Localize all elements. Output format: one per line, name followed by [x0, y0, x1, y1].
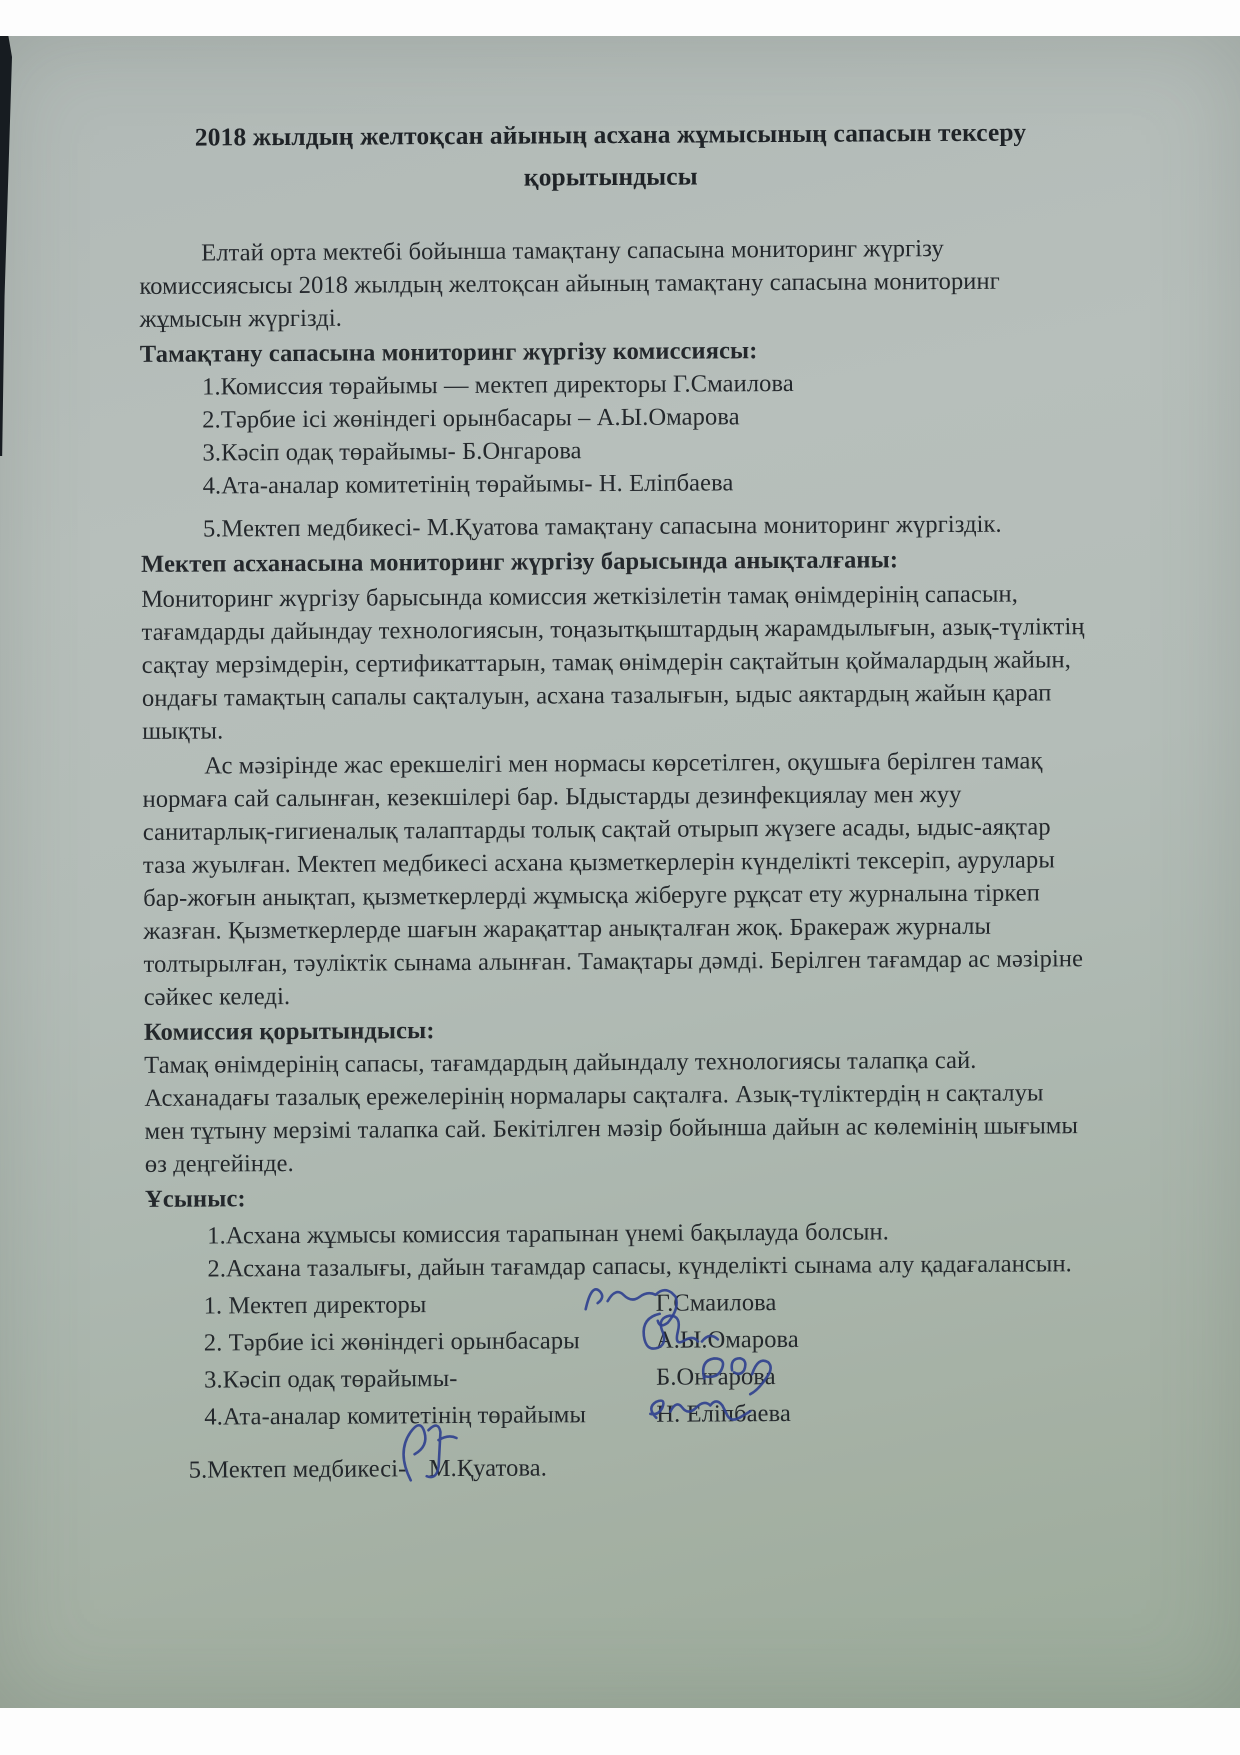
signature-name: Б.Онгарова — [656, 1360, 746, 1394]
committee-item: 4.Ата-аналар комитетінің төрайымы- Н. Ел… — [203, 464, 1085, 502]
signature-name: М.Қуатова. — [429, 1450, 747, 1485]
signature-label: 3.Кәсіп одақ төрайымы- — [204, 1361, 656, 1397]
committee-item: 1.Комиссия төрайымы — мектеп директоры Г… — [202, 365, 1084, 403]
page-tilt-wrapper: 2018 жылдың желтоқсан айының асхана жұмы… — [0, 32, 1240, 1712]
proposal-item: 2.Асхана тазалығы, дайын тағамдар сапасы… — [207, 1247, 1089, 1285]
signature-name: Н. Еліпбаева — [656, 1397, 746, 1431]
committee-list: 1.Комиссия төрайымы — мектеп директоры Г… — [140, 365, 1085, 503]
signature-name: Г.Смаилова — [656, 1286, 746, 1320]
committee-item: 3.Кәсіп одақ төрайымы- Б.Онгарова — [202, 431, 1084, 469]
committee-item: 2.Тәрбие ісі жөніндегі орынбасары – А.Ы.… — [202, 398, 1084, 436]
signature-name: А.Ы.Омарова — [656, 1323, 746, 1357]
conclusion-paragraph: Тамақ өнімдерінің сапасы, тағамдардың да… — [144, 1043, 1089, 1181]
signature-label: 4.Ата-аналар комитетінің төрайымы — [204, 1398, 656, 1434]
findings-heading: Мектеп асханасына мониторинг жүргізу бар… — [141, 542, 1085, 581]
paper-sheet: 2018 жылдың желтоқсан айының асхана жұмы… — [0, 36, 1240, 1708]
document-title: 2018 жылдың желтоқсан айының асхана жұмы… — [148, 111, 1072, 201]
proposal-heading: Ұсыныс: — [145, 1177, 1089, 1216]
findings-paragraph-2: Ас мәзірінде жас ерекшелігі мен нормасы … — [142, 744, 1088, 1014]
findings-paragraph-1: Мониторинг жүргізу барысында комиссия же… — [141, 577, 1086, 748]
signature-row: 4.Ата-аналар комитетінің төрайымы Н. Елі… — [146, 1393, 1090, 1436]
signature-label: 2. Тәрбие ісі жөніндегі орынбасары — [204, 1324, 656, 1360]
signature-label: 5.Мектеп медбикесі- — [189, 1452, 429, 1486]
signature-row: 1. Мектеп директоры Г.Смаилова — [146, 1282, 1090, 1325]
signature-row: 5.Мектеп медбикесі- М.Қуатова. — [147, 1442, 1091, 1492]
signature-row: 3.Кәсіп одақ төрайымы- Б.Онгарова — [146, 1356, 1090, 1399]
proposal-item: 1.Асхана жұмысы комиссия тарапынан үнемі… — [207, 1214, 1089, 1252]
signature-block: 1. Мектеп директоры Г.Смаилова 2. Тәрбие… — [146, 1282, 1091, 1492]
proposal-list: 1.Асхана жұмысы комиссия тарапынан үнемі… — [145, 1214, 1089, 1286]
document-photo: 2018 жылдың желтоқсан айының асхана жұмы… — [0, 0, 1240, 1755]
intro-paragraph: Елтай орта мектебі бойынша тамақтану сап… — [139, 231, 1084, 336]
signature-label: 1. Мектеп директоры — [204, 1287, 656, 1323]
signature-row: 2. Тәрбие ісі жөніндегі орынбасары А.Ы.О… — [146, 1319, 1090, 1362]
document-content: 2018 жылдың желтоқсан айының асхана жұмы… — [138, 83, 1091, 1492]
committee-item-5: 5.Мектеп медбикесі- М.Қуатова тамақтану … — [141, 507, 1085, 546]
